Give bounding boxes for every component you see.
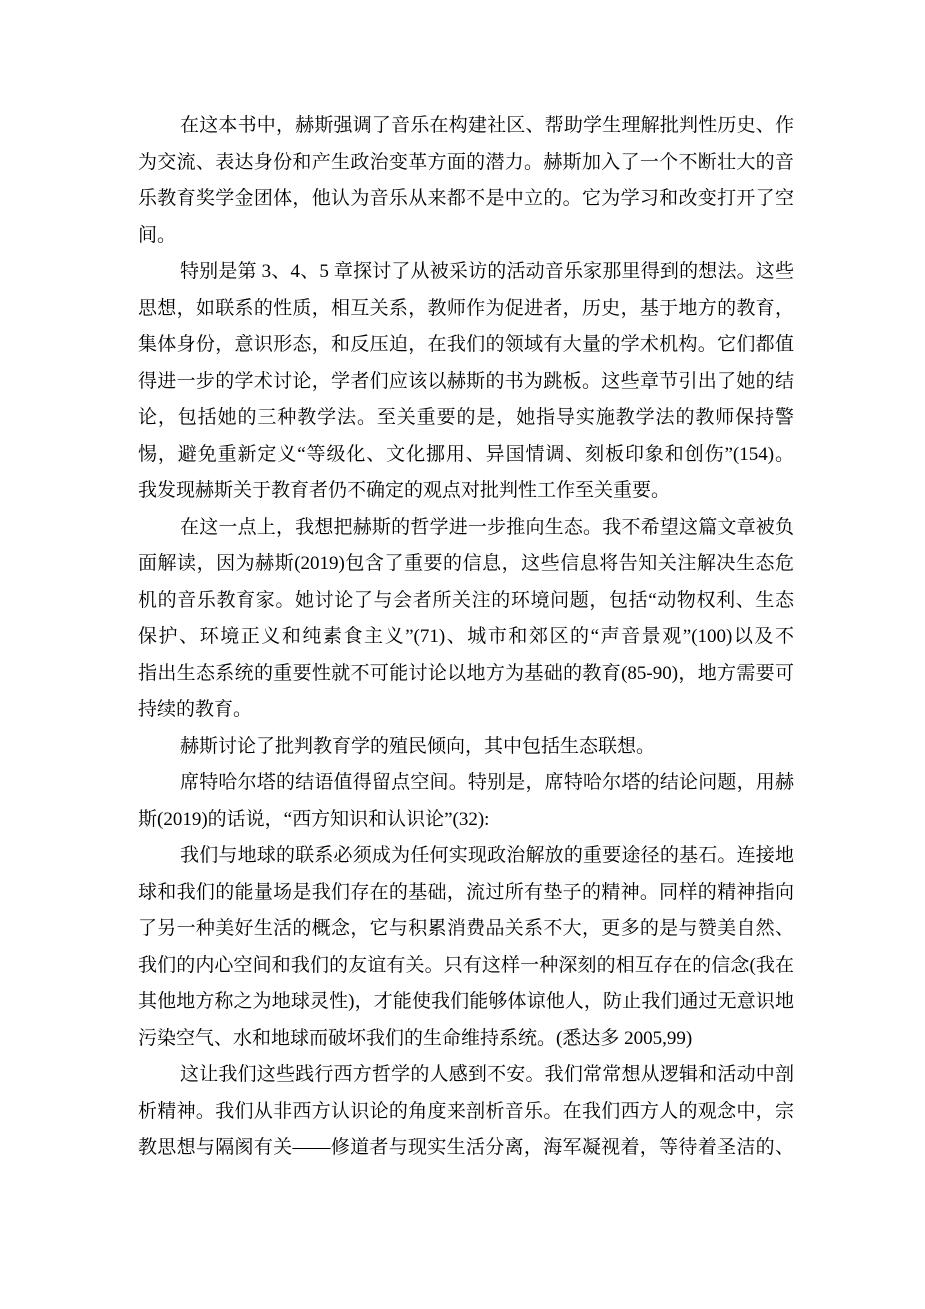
text-line: 教思想与隔阂有关——修道者与现实生活分离，海军凝视着，等待着圣洁的、 <box>138 1130 794 1167</box>
text-line: 机的音乐教育家。她讨论了与会者所关注的环境问题，包括“动物权利、生态 <box>138 583 794 620</box>
text-line: 间。 <box>138 218 794 255</box>
text-line: 席特哈尔塔的结语值得留点空间。特别是，席特哈尔塔的结论问题，用赫 <box>138 765 794 802</box>
text-line: 我发现赫斯关于教育者仍不确定的观点对批判性工作至关重要。 <box>138 473 794 510</box>
text-line: 赫斯讨论了批判教育学的殖民倾向，其中包括生态联想。 <box>138 729 794 766</box>
text-line: 乐教育奖学金团体，他认为音乐从来都不是中立的。它为学习和改变打开了空 <box>138 181 794 218</box>
paragraph: 特别是第 3、4、5 章探讨了从被采访的活动音乐家那里得到的想法。这些思想，如联… <box>138 254 794 510</box>
text-line: 思想，如联系的性质，相互关系，教师作为促进者，历史，基于地方的教育， <box>138 291 794 328</box>
text-line: 得进一步的学术讨论，学者们应该以赫斯的书为跳板。这些章节引出了她的结 <box>138 364 794 401</box>
text-line: 持续的教育。 <box>138 692 794 729</box>
paragraph: 在这本书中，赫斯强调了音乐在构建社区、帮助学生理解批判性历史、作为交流、表达身份… <box>138 108 794 254</box>
paragraph: 我们与地球的联系必须成为任何实现政治解放的重要途径的基石。连接地球和我们的能量场… <box>138 838 794 1057</box>
text-block: 在这本书中，赫斯强调了音乐在构建社区、帮助学生理解批判性历史、作为交流、表达身份… <box>138 108 794 1167</box>
text-line: 我们与地球的联系必须成为任何实现政治解放的重要途径的基石。连接地 <box>138 838 794 875</box>
text-line: 析精神。我们从非西方认识论的角度来剖析音乐。在我们西方人的观念中，宗 <box>138 1094 794 1131</box>
text-line: 保护、环境正义和纯素食主义”(71)、城市和郊区的“声音景观”(100)以及不 <box>138 619 794 656</box>
text-line: 球和我们的能量场是我们存在的基础，流过所有垫子的精神。同样的精神指向 <box>138 875 794 912</box>
text-line: 在这本书中，赫斯强调了音乐在构建社区、帮助学生理解批判性历史、作 <box>138 108 794 145</box>
document-page: 在这本书中，赫斯强调了音乐在构建社区、帮助学生理解批判性历史、作为交流、表达身份… <box>0 0 925 1309</box>
paragraph: 席特哈尔塔的结语值得留点空间。特别是，席特哈尔塔的结论问题，用赫斯(2019)的… <box>138 765 794 838</box>
paragraph: 赫斯讨论了批判教育学的殖民倾向，其中包括生态联想。 <box>138 729 794 766</box>
text-line: 特别是第 3、4、5 章探讨了从被采访的活动音乐家那里得到的想法。这些 <box>138 254 794 291</box>
text-line: 在这一点上，我想把赫斯的哲学进一步推向生态。我不希望这篇文章被负 <box>138 510 794 547</box>
text-line: 斯(2019)的话说，“西方知识和认识论”(32): <box>138 802 794 839</box>
text-line: 污染空气、水和地球而破坏我们的生命维持系统。(悉达多 2005,99) <box>138 1021 794 1058</box>
paragraph: 这让我们这些践行西方哲学的人感到不安。我们常常想从逻辑和活动中剖析精神。我们从非… <box>138 1057 794 1167</box>
text-line: 指出生态系统的重要性就不可能讨论以地方为基础的教育(85-90)，地方需要可 <box>138 656 794 693</box>
text-line: 其他地方称之为地球灵性)，才能使我们能够体谅他人，防止我们通过无意识地 <box>138 984 794 1021</box>
text-line: 集体身份，意识形态，和反压迫，在我们的领域有大量的学术机构。它们都值 <box>138 327 794 364</box>
text-line: 惕，避免重新定义“等级化、文化挪用、异国情调、刻板印象和创伤”(154)。 <box>138 437 794 474</box>
text-line: 论，包括她的三种教学法。至关重要的是，她指导实施教学法的教师保持警 <box>138 400 794 437</box>
text-line: 面解读，因为赫斯(2019)包含了重要的信息，这些信息将告知关注解决生态危 <box>138 546 794 583</box>
text-line: 为交流、表达身份和产生政治变革方面的潜力。赫斯加入了一个不断壮大的音 <box>138 145 794 182</box>
text-line: 这让我们这些践行西方哲学的人感到不安。我们常常想从逻辑和活动中剖 <box>138 1057 794 1094</box>
text-line: 我们的内心空间和我们的友谊有关。只有这样一种深刻的相互存在的信念(我在 <box>138 948 794 985</box>
paragraph: 在这一点上，我想把赫斯的哲学进一步推向生态。我不希望这篇文章被负面解读，因为赫斯… <box>138 510 794 729</box>
text-line: 了另一种美好生活的概念，它与积累消费品关系不大，更多的是与赞美自然、 <box>138 911 794 948</box>
